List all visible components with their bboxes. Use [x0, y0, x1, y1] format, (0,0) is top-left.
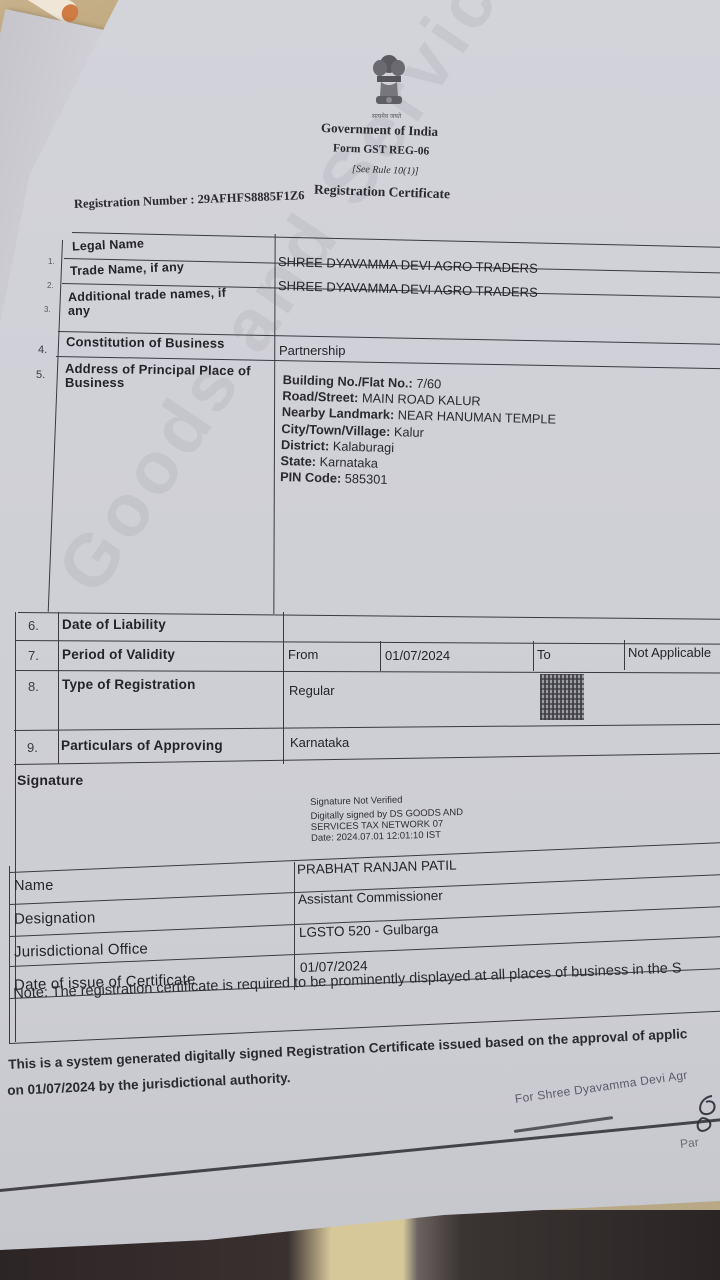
period-of-validity-label: Period of Validity	[62, 647, 175, 662]
type-of-registration-value: Regular	[289, 683, 335, 698]
table-border	[72, 232, 720, 248]
row-number: 4.	[38, 344, 47, 356]
designation-value: Assistant Commissioner	[298, 888, 443, 907]
type-of-registration-label: Type of Registration	[62, 677, 196, 692]
row-number: 3.	[44, 305, 51, 314]
trade-name-label: Trade Name, if any	[70, 260, 185, 278]
system-generated-notice-line1: This is a system generated digitally sig…	[8, 1026, 688, 1072]
road-label: Road/Street:	[282, 388, 358, 405]
building-value: 7/60	[416, 376, 441, 392]
landmark-label: Nearby Landmark:	[282, 404, 395, 422]
table-column-divider	[533, 641, 534, 671]
district-value: Kalaburagi	[333, 438, 395, 455]
city-value: Kalur	[394, 424, 424, 440]
registration-certificate: Goods and Services Tax सत्यमेव जयते Gove…	[0, 0, 720, 1280]
table-column-divider	[283, 612, 284, 764]
row-number: 8.	[28, 679, 39, 694]
row-number: 1.	[48, 257, 55, 266]
constitution-label: Constitution of Business	[66, 334, 225, 351]
pin-value: 585301	[345, 471, 388, 487]
state-label: State:	[280, 453, 316, 469]
additional-trade-names-label: Additional trade names, if	[68, 286, 226, 304]
additional-trade-names-label-cont: any	[68, 304, 90, 318]
table-divider	[14, 753, 720, 765]
emblem-motto: सत्यमेव जयते	[372, 112, 401, 120]
table-divider	[16, 670, 720, 673]
row-number: 7.	[28, 648, 39, 663]
row-number: 6.	[28, 618, 39, 633]
digital-signature-block: Signature Not Verified Digitally signed …	[310, 793, 464, 844]
handwritten-signature-icon	[692, 1092, 720, 1136]
state-value: Karnataka	[319, 454, 378, 471]
table-divider	[14, 724, 720, 731]
table-column-divider	[624, 640, 625, 670]
signature-status: Signature Not Verified	[310, 793, 463, 808]
row-number: 5.	[36, 369, 45, 381]
officer-name-label: Name	[14, 878, 53, 894]
jurisdictional-office-value: LGSTO 520 - Gulbarga	[299, 921, 439, 940]
validity-to-value: Not Applicable	[628, 645, 711, 660]
jurisdictional-office-label: Jurisdictional Office	[14, 940, 148, 960]
validity-from-label: From	[288, 647, 318, 662]
constitution-value: Partnership	[279, 343, 345, 358]
table-column-divider	[380, 641, 381, 671]
district-label: District:	[281, 437, 330, 453]
row-number: 9.	[27, 740, 38, 755]
address-label-cont: Business	[65, 375, 124, 390]
stamp-partner: Par	[679, 1135, 699, 1151]
table-column-divider	[273, 234, 275, 614]
national-emblem-icon	[368, 52, 410, 116]
table-column-divider	[58, 612, 59, 764]
city-label: City/Town/Village:	[281, 421, 390, 439]
table-divider	[16, 640, 720, 645]
designation-label: Designation	[14, 909, 96, 927]
date-of-liability-label: Date of Liability	[62, 617, 166, 632]
particulars-of-approving-label: Particulars of Approving	[61, 738, 223, 753]
table-column-divider	[294, 862, 295, 990]
principal-place-address: Building No./Flat No.: 7/60 Road/Street:…	[280, 372, 557, 493]
particulars-of-approving-value: Karnataka	[290, 735, 349, 750]
system-generated-notice-line2: on 01/07/2024 by the jurisdictional auth…	[7, 1070, 291, 1098]
legal-name-label: Legal Name	[72, 236, 145, 253]
validity-from-date: 01/07/2024	[385, 648, 450, 663]
pin-label: PIN Code:	[280, 469, 342, 486]
row-number: 2.	[47, 281, 54, 290]
registration-number-label: Registration Number :	[74, 192, 195, 211]
paper-edge	[0, 1116, 720, 1193]
watermark: Goods and Services Tax	[40, 0, 662, 608]
registration-number-value: 29AFHFS8885F1Z6	[197, 188, 304, 206]
signature-label: Signature	[17, 772, 83, 788]
validity-to-label: To	[537, 647, 551, 662]
company-stamp: For Shree Dyavamma Devi Agr	[514, 1068, 688, 1106]
rule-reference: [See Rule 10(1)]	[352, 164, 419, 177]
officer-name-value: PRABHAT RANJAN PATIL	[297, 858, 457, 877]
table-border-left	[9, 866, 10, 1044]
road-value: MAIN ROAD KALUR	[362, 390, 481, 408]
qr-code	[540, 674, 584, 720]
registration-number: Registration Number : 29AFHFS8885F1Z6	[74, 188, 305, 212]
